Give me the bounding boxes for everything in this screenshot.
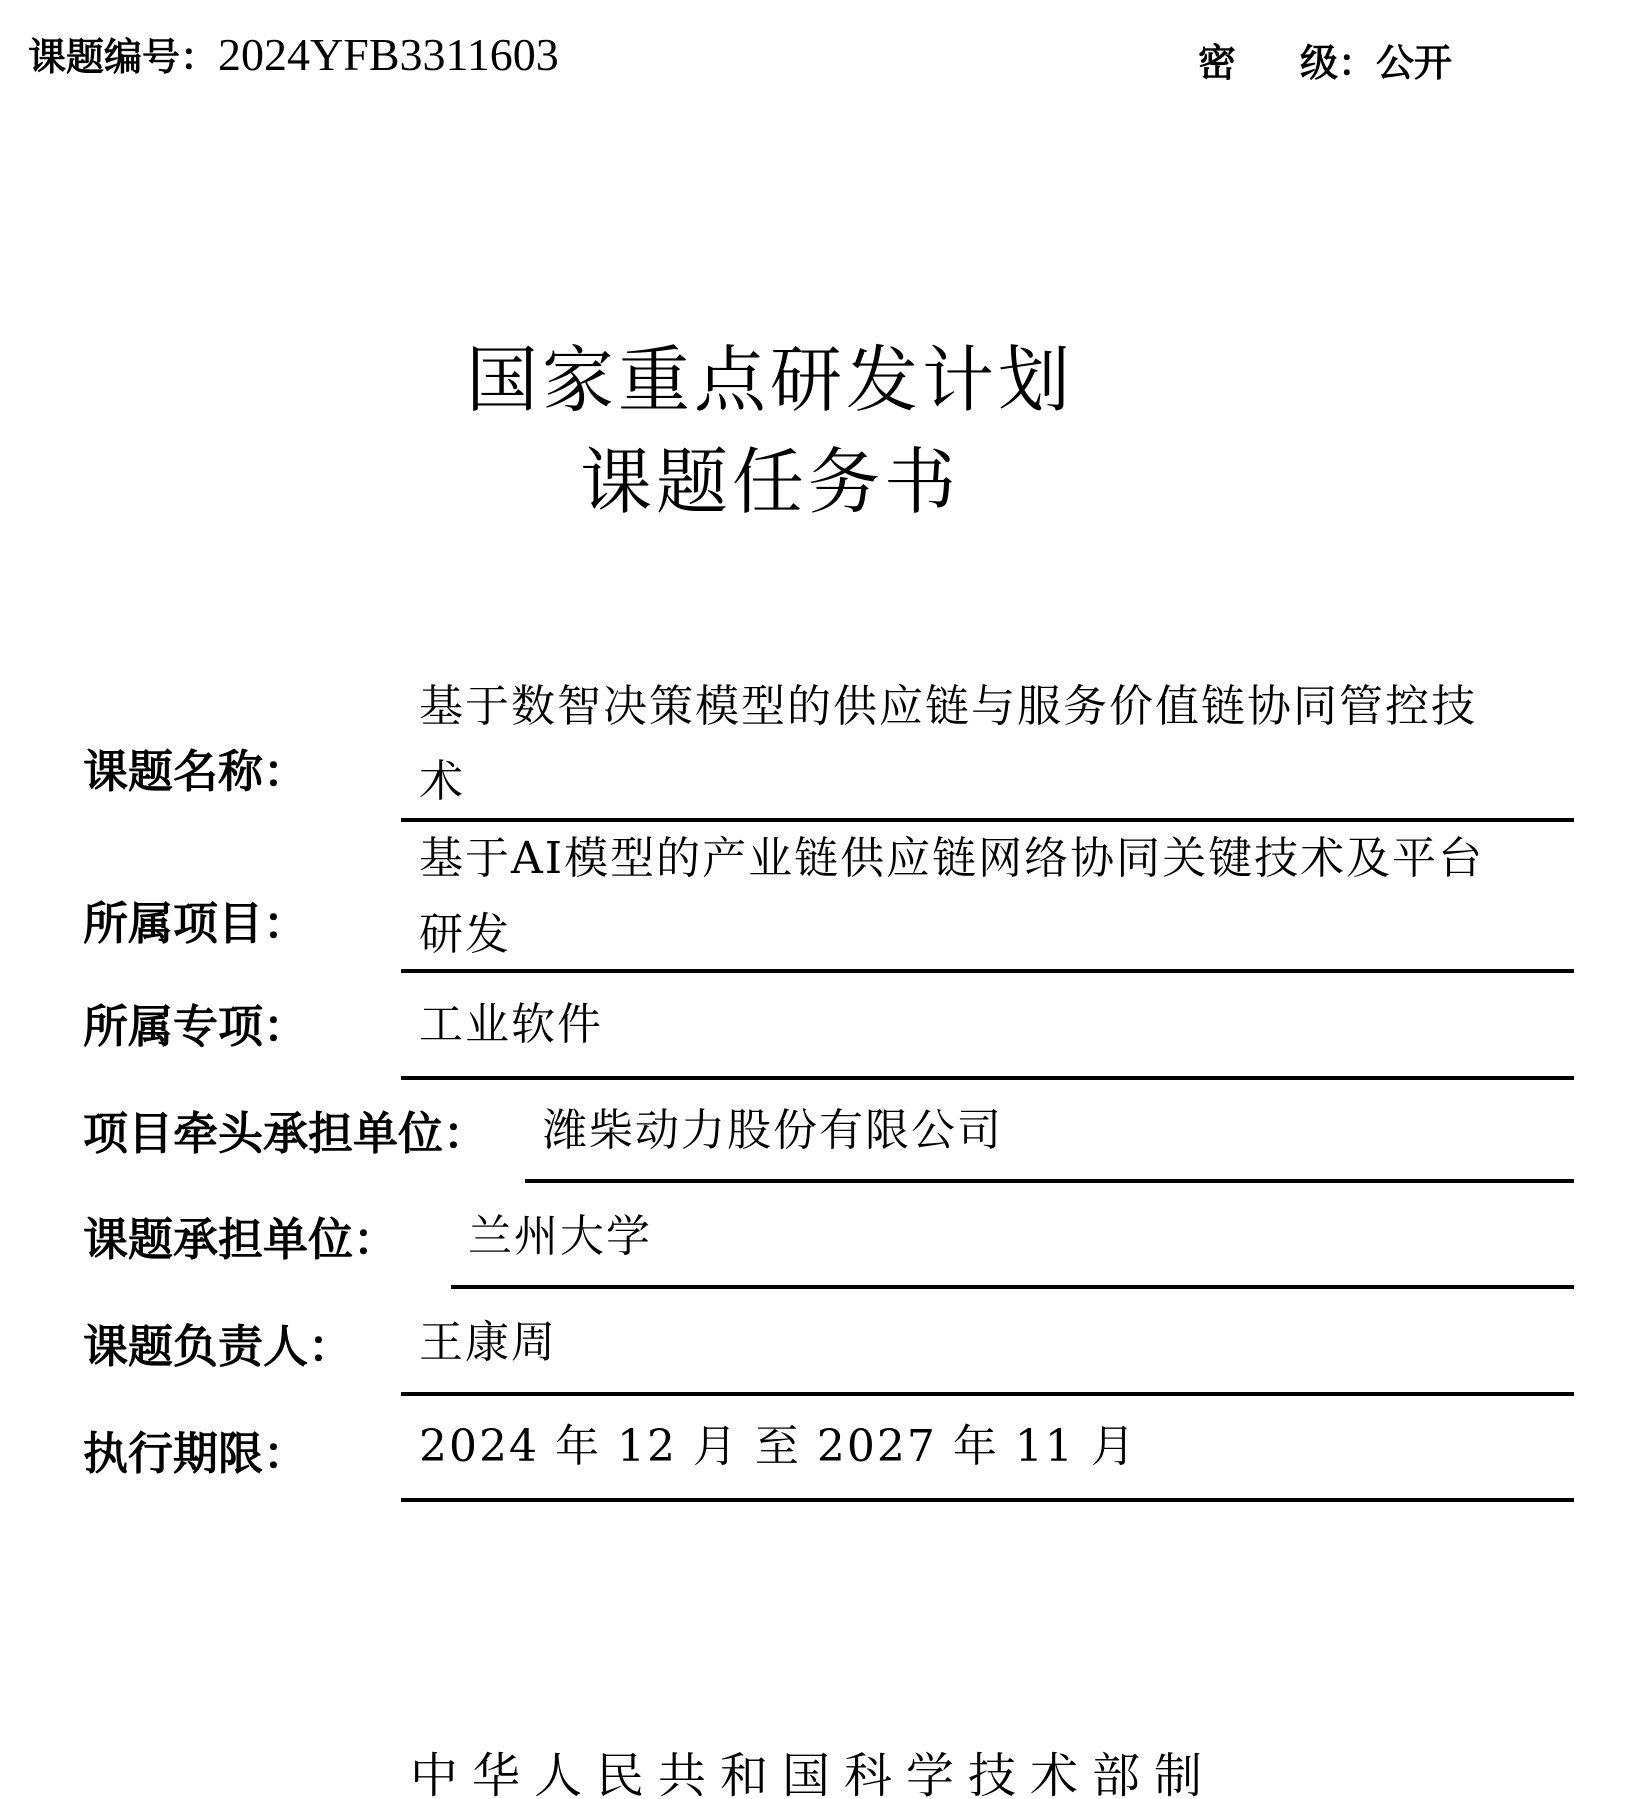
task-code-label: 课题编号： — [28, 35, 218, 79]
document-title-line2: 课题任务书 — [0, 424, 1540, 528]
field-value-execution-period: 2024 年 12 月 至 2027 年 11 月 — [419, 1410, 1137, 1474]
field-value-topic-organization: 兰州大学 — [468, 1200, 652, 1264]
underline-topic-leader — [401, 1392, 1574, 1396]
secrecy-label-part1: 密 — [1198, 41, 1236, 85]
underline-project — [401, 969, 1574, 973]
field-value-special-program: 工业软件 — [419, 988, 603, 1052]
field-value-topic-name-line2: 术 — [419, 745, 465, 809]
field-label-execution-period: 执行期限： — [83, 1417, 308, 1482]
field-value-topic-leader: 王康周 — [419, 1306, 557, 1370]
issuer-footer: 中华人民共和国科学技术部制 — [410, 1737, 1216, 1799]
field-label-special-program: 所属专项： — [83, 990, 308, 1055]
task-code-value: 2024YFB3311603 — [218, 29, 559, 80]
field-label-topic-leader: 课题负责人： — [83, 1310, 353, 1375]
task-code: 课题编号：2024YFB3311603 — [28, 26, 559, 81]
field-value-topic-name-line1: 基于数智决策模型的供应链与服务价值链协同管控技 — [419, 670, 1477, 734]
secrecy-label-part2: 级： — [1300, 41, 1376, 85]
field-label-project: 所属项目： — [83, 887, 308, 952]
field-label-topic-name: 课题名称： — [83, 735, 308, 800]
underline-special-program — [401, 1076, 1574, 1080]
secrecy-value: 公开 — [1376, 41, 1452, 85]
field-label-lead-organization: 项目牵头承担单位： — [83, 1097, 488, 1162]
field-label-topic-organization: 课题承担单位： — [83, 1203, 398, 1268]
underline-execution-period — [401, 1498, 1574, 1502]
field-value-project-line2: 研发 — [419, 898, 511, 962]
document-title-line1: 国家重点研发计划 — [0, 322, 1540, 426]
underline-topic-organization — [451, 1285, 1574, 1289]
secrecy-level: 密级：公开 — [1198, 32, 1452, 87]
field-value-project-line1: 基于AI模型的产业链供应链网络协同关键技术及平台 — [419, 822, 1484, 886]
field-value-lead-organization: 潍柴动力股份有限公司 — [543, 1094, 1003, 1158]
underline-lead-organization — [525, 1179, 1574, 1183]
